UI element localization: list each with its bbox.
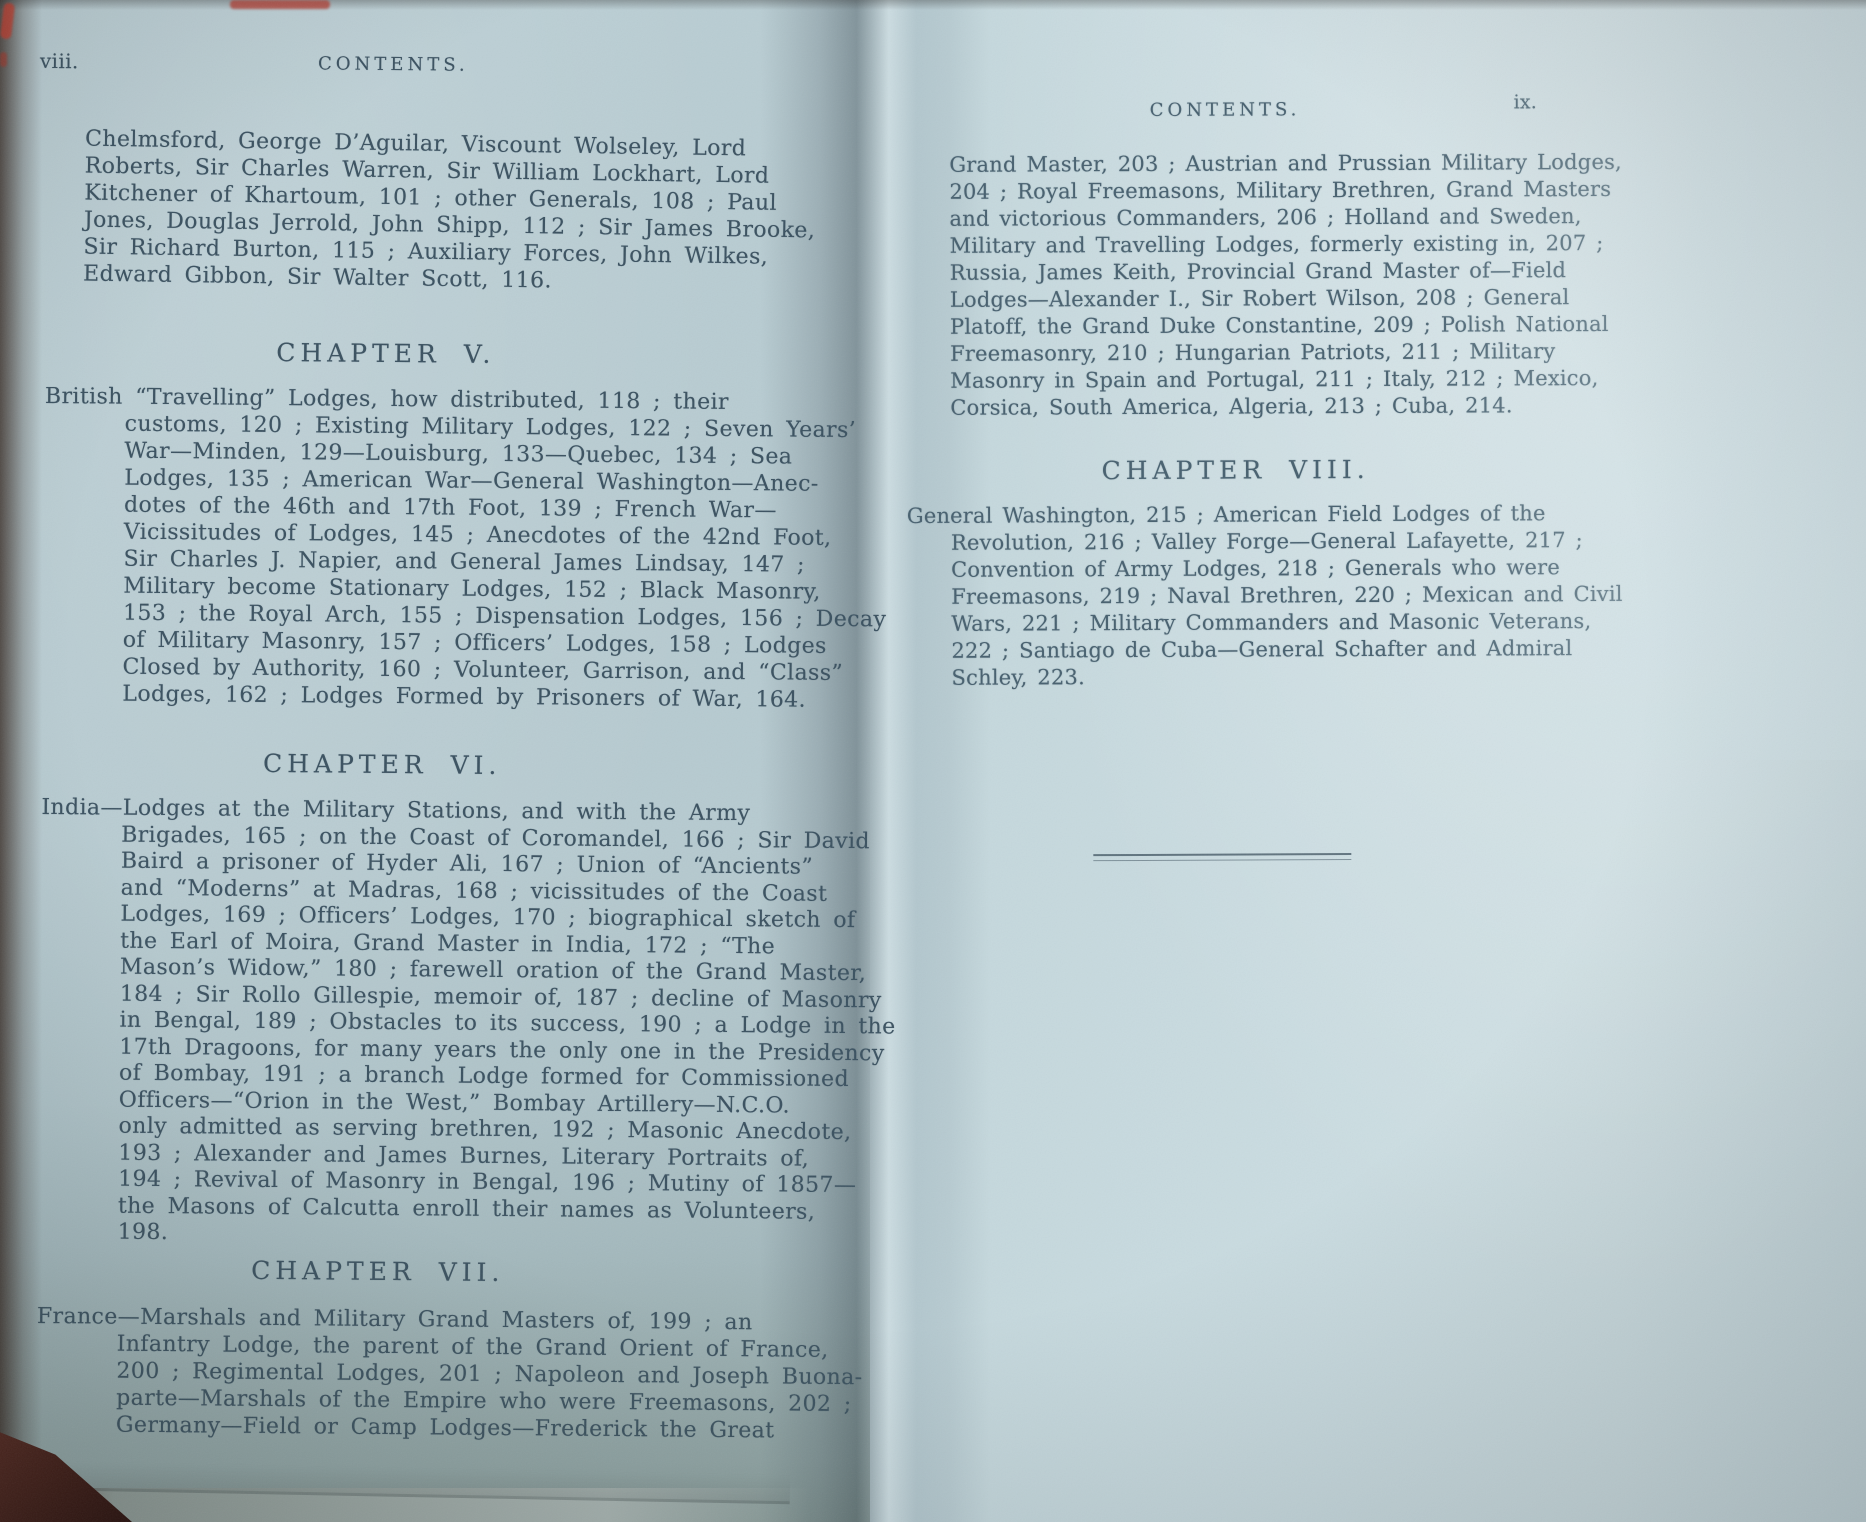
book-photo: viii. CONTENTS. Chelmsford, George D’Agu… <box>0 0 1866 1522</box>
toc-line: Military and Travelling Lodges, formerly… <box>906 230 1546 260</box>
toc-line: Freemasonry, 210 ; Hungarian Patriots, 2… <box>906 338 1546 368</box>
red-pen-mark <box>0 52 7 67</box>
page-number: viii. <box>40 48 79 75</box>
toc-paragraph: India—Lodges at the Military Stations, a… <box>38 795 779 1252</box>
toc-line: General Washington, 215 ; American Field… <box>907 500 1547 530</box>
toc-line: Schley, 223. <box>907 662 1547 692</box>
toc-paragraph: France—Marshals and Military Grand Maste… <box>36 1303 774 1444</box>
toc-paragraph-continuation: Grand Master, 203 ; Austrian and Prussia… <box>905 149 1546 422</box>
red-pen-smear <box>230 0 330 9</box>
section-divider-rule <box>1093 853 1351 861</box>
toc-line: Convention of Army Lodges, 218 ; General… <box>907 554 1547 584</box>
toc-line: Grand Master, 203 ; Austrian and Prussia… <box>905 149 1545 179</box>
chapter-heading: CHAPTER VIII. <box>907 455 1547 485</box>
toc-line: Wars, 221 ; Military Commanders and Maso… <box>907 608 1547 638</box>
right-page-header: CONTENTS. ix. <box>905 95 1545 125</box>
toc-line: Masonry in Spain and Portugal, 211 ; Ita… <box>906 365 1546 395</box>
toc-line: Lodges—Alexander I., Sir Robert Wilson, … <box>906 284 1546 314</box>
running-header: CONTENTS. <box>318 50 515 79</box>
toc-line: Platoff, the Grand Duke Constantine, 209… <box>906 311 1546 341</box>
running-header: CONTENTS. <box>1150 96 1301 124</box>
toc-line: 222 ; Santiago de Cuba—General Schafter … <box>907 635 1547 665</box>
toc-line: Corsica, South America, Algeria, 213 ; C… <box>906 392 1546 422</box>
toc-line: Freemasons, 219 ; Naval Brethren, 220 ; … <box>907 581 1547 611</box>
toc-line: and victorious Commanders, 206 ; Holland… <box>905 203 1545 233</box>
toc-line: Revolution, 216 ; Valley Forge—General L… <box>907 527 1547 557</box>
toc-line: 204 ; Royal Freemasons, Military Brethre… <box>905 176 1545 206</box>
toc-paragraph-continuation: Chelmsford, George D’Aguilar, Viscount W… <box>45 125 784 298</box>
toc-paragraph: British “Travelling” Lodges, how distrib… <box>42 383 782 713</box>
toc-paragraph: General Washington, 215 ; American Field… <box>907 500 1548 692</box>
toc-line: Russia, James Keith, Provincial Grand Ma… <box>906 257 1546 287</box>
page-number: ix. <box>1514 89 1538 116</box>
